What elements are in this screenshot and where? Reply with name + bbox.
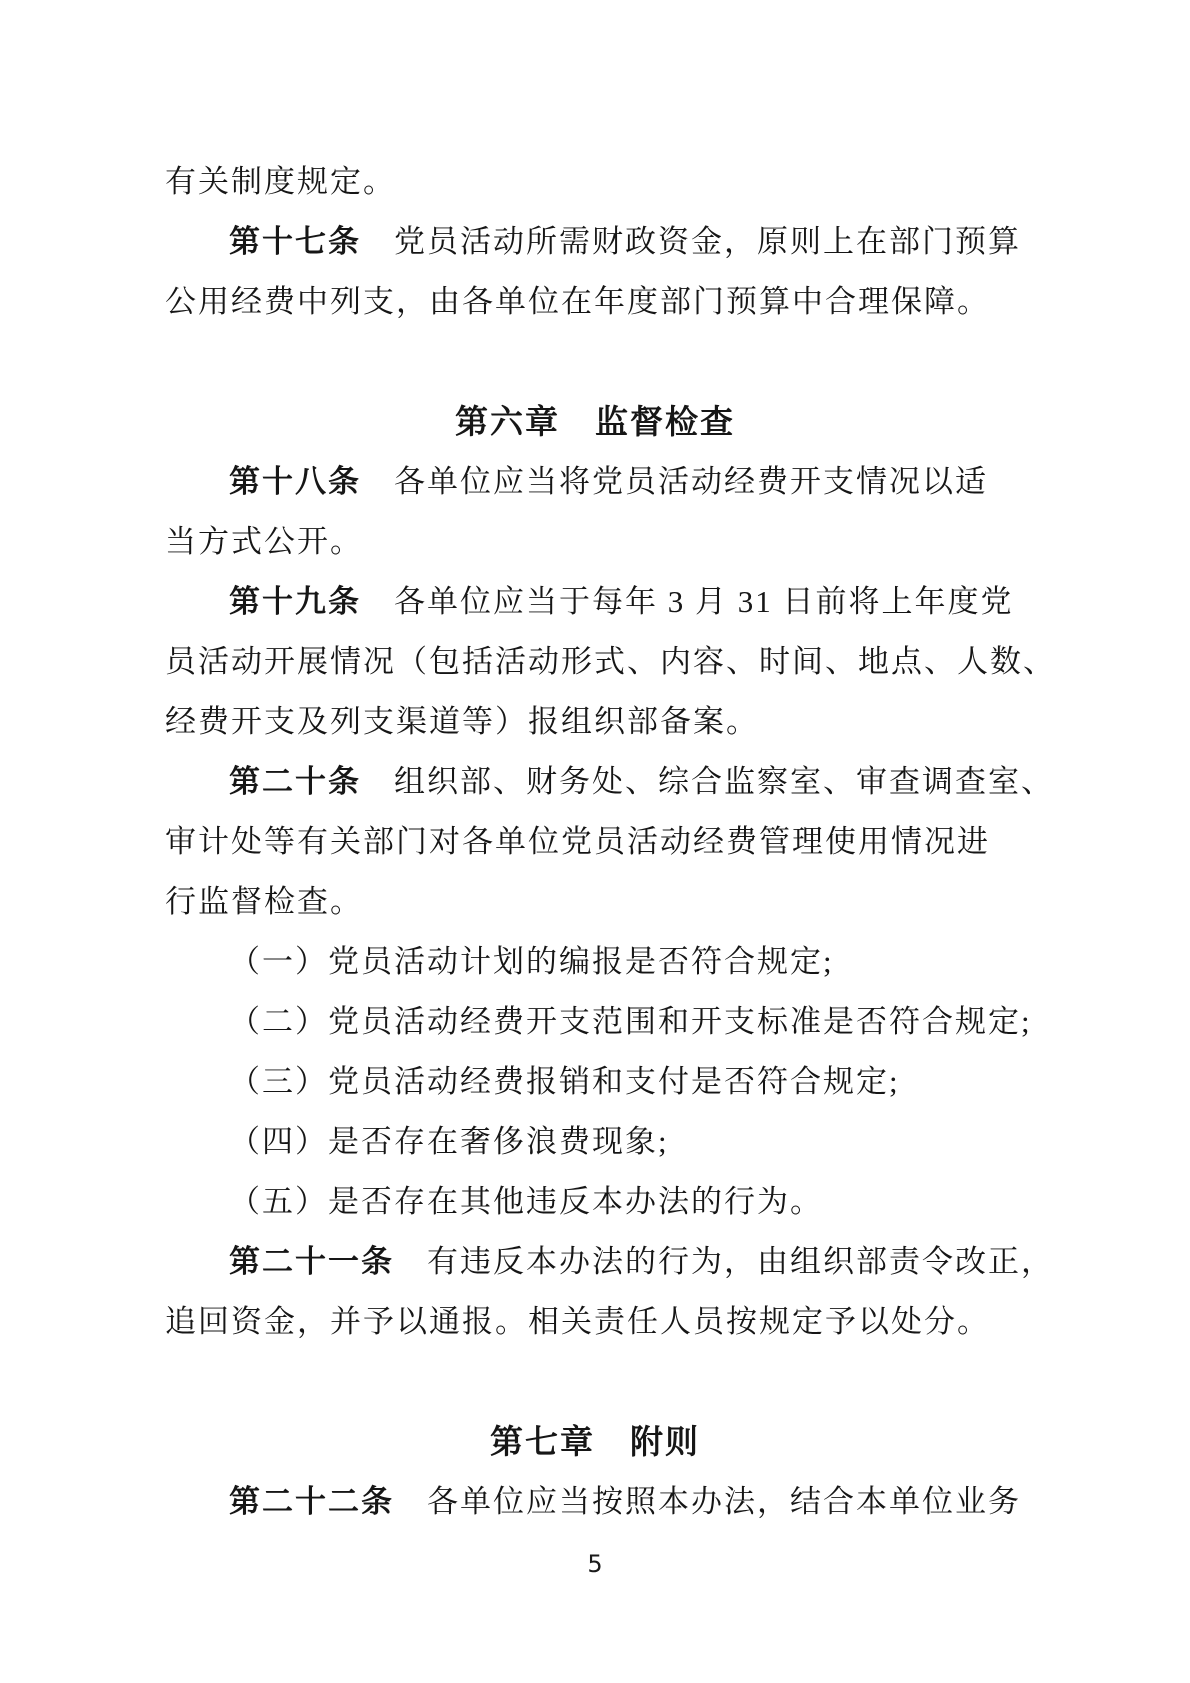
text-segment: （一）党员活动计划的编报是否符合规定;: [229, 944, 834, 979]
article-number: 第二十条: [229, 764, 361, 799]
text-line: （一）党员活动计划的编报是否符合规定;: [165, 932, 1025, 992]
text-line: 公用经费中列支，由各单位在年度部门预算中合理保障。: [165, 272, 1025, 332]
text-line: 第十九条 各单位应当于每年 3 月 31 日前将上年度党: [165, 572, 1025, 632]
text-segment: （五）是否存在其他违反本办法的行为。: [229, 1184, 823, 1219]
text-line: 第二十条 组织部、财务处、综合监察室、审查调查室、: [165, 752, 1025, 812]
article-number: 第十九条: [229, 584, 361, 619]
text-segment: 组织部、财务处、综合监察室、审查调查室、: [361, 764, 1054, 799]
text-segment: 经费开支及列支渠道等）报组织部备案。: [165, 704, 759, 739]
text-line: 行监督检查。: [165, 872, 1025, 932]
text-segment: （四）是否存在奢侈浪费现象;: [229, 1124, 669, 1159]
document-page: 有关制度规定。第十七条 党员活动所需财政资金，原则上在部门预算公用经费中列支，由…: [0, 0, 1190, 1683]
article-number: 第七章 附则: [490, 1423, 700, 1460]
text-line: 第十八条 各单位应当将党员活动经费开支情况以适: [165, 452, 1025, 512]
text-segment: 有违反本办法的行为，由组织部责令改正，: [394, 1244, 1054, 1279]
blank-line: [165, 332, 1025, 392]
text-segment: 行监督检查。: [165, 884, 363, 919]
text-line: （三）党员活动经费报销和支付是否符合规定;: [165, 1052, 1025, 1112]
text-segment: 公用经费中列支，由各单位在年度部门预算中合理保障。: [165, 284, 990, 319]
text-line: 审计处等有关部门对各单位党员活动经费管理使用情况进: [165, 812, 1025, 872]
chapter-heading: 第七章 附则: [165, 1412, 1025, 1472]
text-line: 第二十二条 各单位应当按照本办法，结合本单位业务: [165, 1472, 1025, 1532]
text-line: （二）党员活动经费开支范围和开支标准是否符合规定;: [165, 992, 1025, 1052]
text-segment: （三）党员活动经费报销和支付是否符合规定;: [229, 1064, 900, 1099]
text-line: （四）是否存在奢侈浪费现象;: [165, 1112, 1025, 1172]
text-line: 有关制度规定。: [165, 152, 1025, 212]
text-line: 追回资金，并予以通报。相关责任人员按规定予以处分。: [165, 1292, 1025, 1352]
text-line: 当方式公开。: [165, 512, 1025, 572]
text-line: 经费开支及列支渠道等）报组织部备案。: [165, 692, 1025, 752]
text-line: 第二十一条 有违反本办法的行为，由组织部责令改正，: [165, 1232, 1025, 1292]
article-number: 第十七条: [229, 224, 361, 259]
text-line: 第十七条 党员活动所需财政资金，原则上在部门预算: [165, 212, 1025, 272]
text-segment: 有关制度规定。: [165, 164, 396, 199]
article-number: 第二十二条: [229, 1484, 394, 1519]
blank-line: [165, 1352, 1025, 1412]
text-segment: 当方式公开。: [165, 524, 363, 559]
text-segment: 各单位应当于每年 3 月 31 日前将上年度党: [361, 584, 1014, 619]
text-line: （五）是否存在其他违反本办法的行为。: [165, 1172, 1025, 1232]
text-line: 员活动开展情况（包括活动形式、内容、时间、地点、人数、: [165, 632, 1025, 692]
text-segment: 各单位应当将党员活动经费开支情况以适: [361, 464, 988, 499]
chapter-heading: 第六章 监督检查: [165, 392, 1025, 452]
article-number: 第二十一条: [229, 1244, 394, 1279]
text-segment: 审计处等有关部门对各单位党员活动经费管理使用情况进: [165, 824, 990, 859]
text-segment: 追回资金，并予以通报。相关责任人员按规定予以处分。: [165, 1304, 990, 1339]
text-segment: 各单位应当按照本办法，结合本单位业务: [394, 1484, 1021, 1519]
text-segment: 党员活动所需财政资金，原则上在部门预算: [361, 224, 1021, 259]
document-body: 有关制度规定。第十七条 党员活动所需财政资金，原则上在部门预算公用经费中列支，由…: [165, 152, 1025, 1532]
page-number: 5: [0, 1550, 1190, 1578]
text-segment: （二）党员活动经费开支范围和开支标准是否符合规定;: [229, 1004, 1032, 1039]
text-segment: 员活动开展情况（包括活动形式、内容、时间、地点、人数、: [165, 644, 1056, 679]
article-number: 第十八条: [229, 464, 361, 499]
article-number: 第六章 监督检查: [455, 403, 735, 440]
